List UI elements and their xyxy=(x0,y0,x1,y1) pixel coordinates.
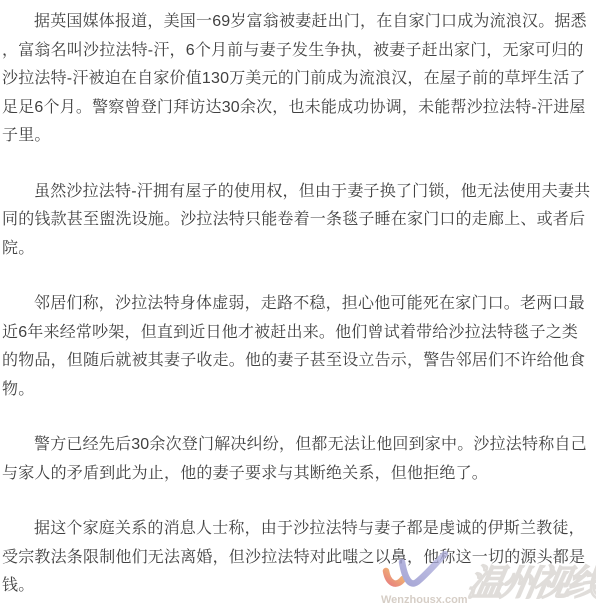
paragraph: 据英国媒体报道，美国一69岁富翁被妻赶出门，在自家门口成为流浪汉。据悉，富翁名叫… xyxy=(2,8,594,151)
paragraph: 警方已经先后30余次登门解决纠纷，但都无法让他回到家中。沙拉法特称自己与家人的矛… xyxy=(2,431,594,488)
wenzhou-logo-icon: Wenzhousx.com 温州视线 xyxy=(338,551,596,609)
paragraph: 虽然沙拉法特-汗拥有屋子的使用权，但由于妻子换了门锁，他无法使用夫妻共同的钱款甚… xyxy=(2,178,594,264)
logo-swoosh xyxy=(386,554,445,584)
paragraph: 邻居们称，沙拉法特身体虚弱，走路不稳，担心他可能死在家门口。老两口最近6年来经常… xyxy=(2,290,594,404)
watermark: Wenzhousx.com 温州视线 xyxy=(338,551,596,609)
watermark-url: Wenzhousx.com xyxy=(381,594,468,606)
watermark-site-name: 温州视线 xyxy=(465,562,596,603)
article-body: 据英国媒体报道，美国一69岁富翁被妻赶出门，在自家门口成为流浪汉。据悉，富翁名叫… xyxy=(0,0,596,601)
